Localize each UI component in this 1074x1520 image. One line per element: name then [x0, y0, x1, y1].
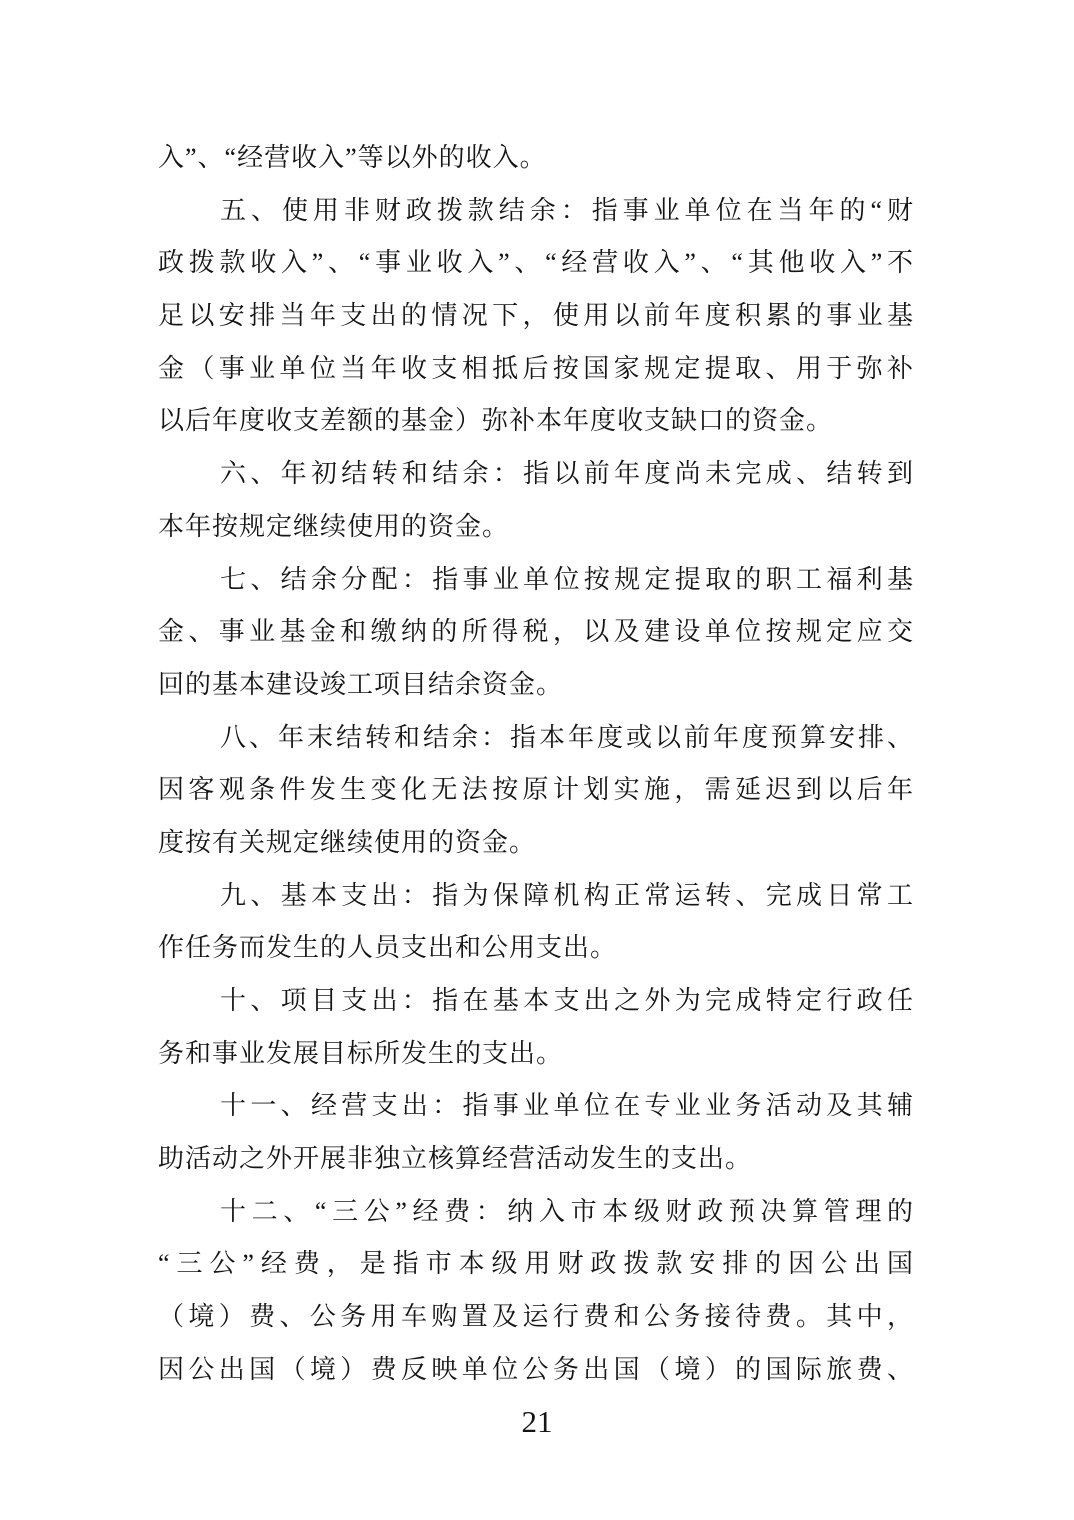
text-line: 作任务而发生的人员支出和公用支出。	[158, 922, 914, 975]
text-line: 回的基本建设竣工项目结余资金。	[158, 659, 914, 712]
text-line: 以后年度收支差额的基金）弥补本年度收支缺口的资金。	[158, 395, 914, 448]
text-line: 因公出国（境）费反映单位公务出国（境）的国际旅费、	[158, 1344, 914, 1397]
text-line: “三公”经费，是指市本级用财政拨款安排的因公出国	[158, 1238, 914, 1291]
paragraph: 七、结余分配：指事业单位按规定提取的职工福利基金、事业基金和缴纳的所得税，以及建…	[158, 554, 914, 712]
paragraph: 五、使用非财政拨款结余：指事业单位在当年的“财政拨款收入”、“事业收入”、“经营…	[158, 185, 914, 448]
body-text: 入”、“经营收入”等以外的收入。五、使用非财政拨款结余：指事业单位在当年的“财政…	[158, 132, 914, 1397]
paragraph: 十、项目支出：指在基本支出之外为完成特定行政任务和事业发展目标所发生的支出。	[158, 975, 914, 1080]
text-line: 十、项目支出：指在基本支出之外为完成特定行政任	[158, 975, 914, 1028]
text-line: 金（事业单位当年收支相抵后按国家规定提取、用于弥补	[158, 343, 914, 396]
text-line: 七、结余分配：指事业单位按规定提取的职工福利基	[158, 554, 914, 607]
text-line: （境）费、公务用车购置及运行费和公务接待费。其中，	[158, 1291, 914, 1344]
text-line: 十一、经营支出：指事业单位在专业业务活动及其辅	[158, 1080, 914, 1133]
paragraph: 六、年初结转和结余：指以前年度尚未完成、结转到本年按规定继续使用的资金。	[158, 448, 914, 553]
text-line: 足以安排当年支出的情况下，使用以前年度积累的事业基	[158, 290, 914, 343]
text-line: 助活动之外开展非独立核算经营活动发生的支出。	[158, 1133, 914, 1186]
text-line: 因客观条件发生变化无法按原计划实施，需延迟到以后年	[158, 764, 914, 817]
text-line: 十二、“三公”经费：纳入市本级财政预决算管理的	[158, 1186, 914, 1239]
text-line: 本年按规定继续使用的资金。	[158, 501, 914, 554]
page-number: 21	[522, 1404, 553, 1439]
text-line: 金、事业基金和缴纳的所得税，以及建设单位按规定应交	[158, 606, 914, 659]
paragraph: 九、基本支出：指为保障机构正常运转、完成日常工作任务而发生的人员支出和公用支出。	[158, 870, 914, 975]
document-page: 入”、“经营收入”等以外的收入。五、使用非财政拨款结余：指事业单位在当年的“财政…	[0, 0, 1074, 1520]
text-line: 八、年末结转和结余：指本年度或以前年度预算安排、	[158, 712, 914, 765]
text-line: 入”、“经营收入”等以外的收入。	[158, 132, 914, 185]
text-line: 政拨款收入”、“事业收入”、“经营收入”、“其他收入”不	[158, 237, 914, 290]
text-line: 务和事业发展目标所发生的支出。	[158, 1028, 914, 1081]
text-line: 五、使用非财政拨款结余：指事业单位在当年的“财	[158, 185, 914, 238]
paragraph: 入”、“经营收入”等以外的收入。	[158, 132, 914, 185]
paragraph: 十二、“三公”经费：纳入市本级财政预决算管理的“三公”经费，是指市本级用财政拨款…	[158, 1186, 914, 1397]
text-line: 度按有关规定继续使用的资金。	[158, 817, 914, 870]
paragraph: 十一、经营支出：指事业单位在专业业务活动及其辅助活动之外开展非独立核算经营活动发…	[158, 1080, 914, 1185]
text-line: 九、基本支出：指为保障机构正常运转、完成日常工	[158, 870, 914, 923]
paragraph: 八、年末结转和结余：指本年度或以前年度预算安排、因客观条件发生变化无法按原计划实…	[158, 712, 914, 870]
page-footer: 21	[0, 1400, 1074, 1444]
text-line: 六、年初结转和结余：指以前年度尚未完成、结转到	[158, 448, 914, 501]
